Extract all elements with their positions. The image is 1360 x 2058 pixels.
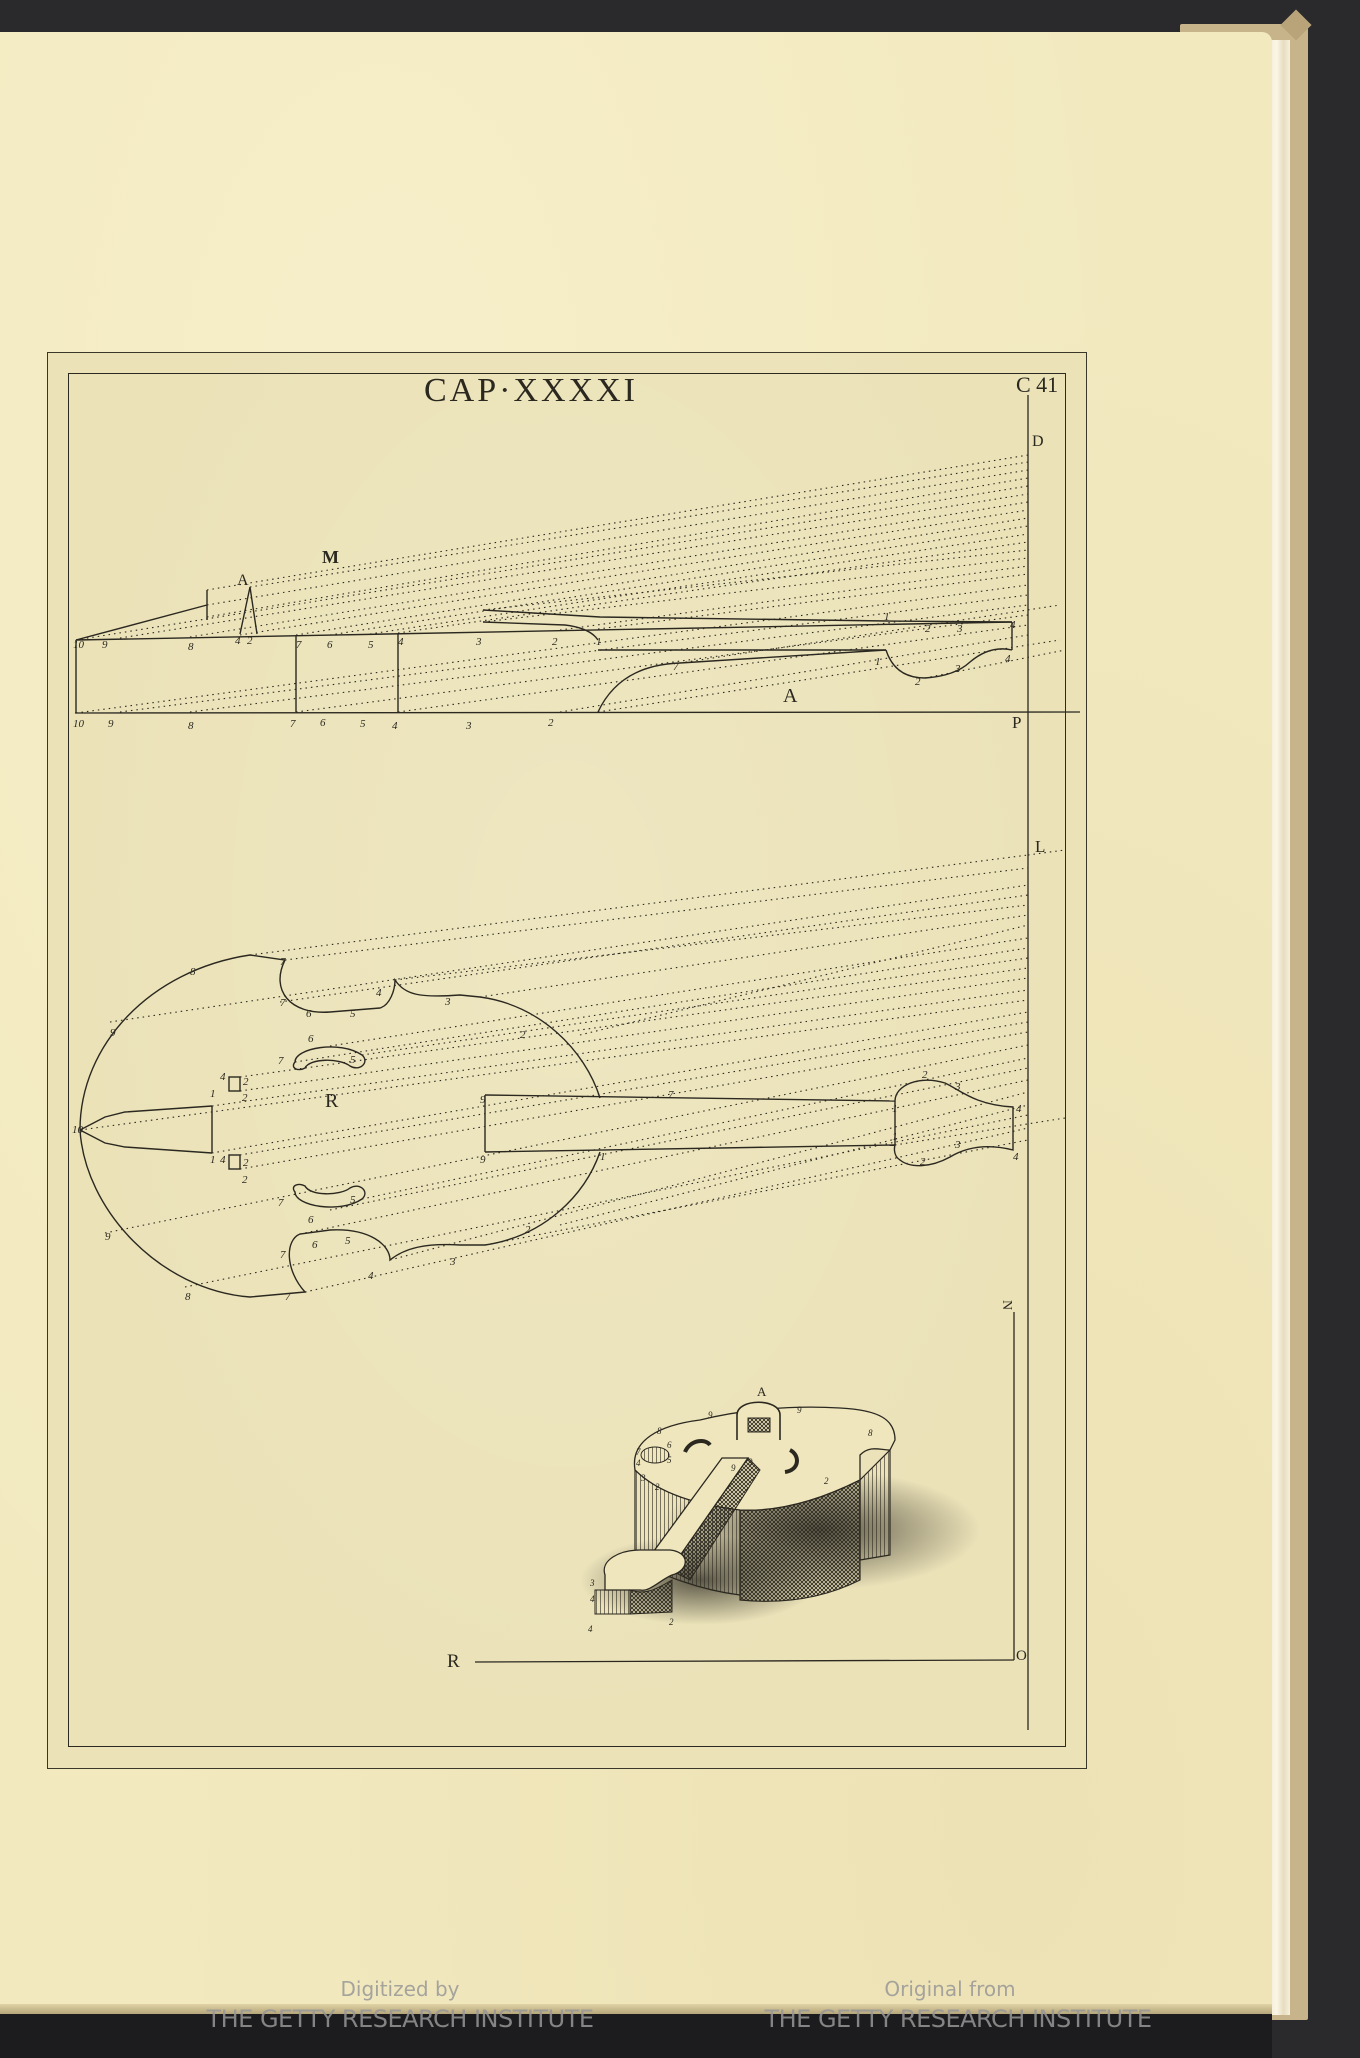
svg-text:3: 3 xyxy=(954,1139,961,1151)
svg-text:1: 1 xyxy=(210,1088,216,1100)
svg-text:1: 1 xyxy=(875,656,881,668)
svg-text:3: 3 xyxy=(954,663,961,675)
svg-text:4: 4 xyxy=(220,1071,226,1083)
svg-text:5: 5 xyxy=(667,1455,672,1465)
svg-text:P: P xyxy=(1012,713,1021,732)
svg-text:2: 2 xyxy=(925,623,931,635)
svg-text:O: O xyxy=(1016,1648,1027,1664)
svg-text:8: 8 xyxy=(657,1426,662,1436)
svg-text:4: 4 xyxy=(1013,1151,1019,1163)
svg-text:R: R xyxy=(447,1651,460,1672)
svg-text:4: 4 xyxy=(1005,653,1011,665)
svg-text:6: 6 xyxy=(320,717,326,729)
svg-text:4: 4 xyxy=(398,636,404,648)
svg-text:D: D xyxy=(1032,433,1044,450)
svg-text:4: 4 xyxy=(588,1624,593,1634)
svg-text:2: 2 xyxy=(548,717,554,729)
watermark-original-from: Original from xyxy=(850,1977,1050,2001)
projection-lines-middle xyxy=(80,850,1065,1292)
svg-text:M: M xyxy=(322,547,339,567)
svg-text:7: 7 xyxy=(290,718,296,730)
projection-lines-top xyxy=(76,455,1065,713)
svg-text:2: 2 xyxy=(243,1076,249,1088)
svg-text:9: 9 xyxy=(797,1405,802,1415)
svg-text:4: 4 xyxy=(1010,619,1016,631)
svg-text:8: 8 xyxy=(188,720,194,732)
svg-text:2: 2 xyxy=(922,1069,928,1081)
svg-text:1: 1 xyxy=(596,636,602,648)
svg-text:5: 5 xyxy=(350,1194,356,1206)
svg-text:1: 1 xyxy=(884,611,890,623)
svg-text:3: 3 xyxy=(640,1473,646,1483)
svg-text:2: 2 xyxy=(242,1092,248,1104)
svg-text:7: 7 xyxy=(280,1249,286,1261)
svg-text:3: 3 xyxy=(954,1081,961,1093)
svg-text:6: 6 xyxy=(667,1440,672,1450)
svg-text:4: 4 xyxy=(636,1458,641,1468)
svg-text:2: 2 xyxy=(669,1617,674,1627)
svg-text:9: 9 xyxy=(108,718,114,730)
svg-text:L: L xyxy=(1035,837,1045,856)
svg-text:A: A xyxy=(757,1384,767,1399)
svg-text:5: 5 xyxy=(350,1008,356,1020)
svg-text:9: 9 xyxy=(102,639,108,651)
svg-text:5: 5 xyxy=(360,718,366,730)
svg-text:7: 7 xyxy=(280,956,286,968)
svg-text:10: 10 xyxy=(73,718,85,730)
svg-text:7: 7 xyxy=(296,639,302,651)
svg-text:9: 9 xyxy=(480,1094,486,1106)
side-elevation xyxy=(76,587,1012,713)
svg-text:3: 3 xyxy=(589,1578,595,1588)
plan-view-labels: R L 1098 7765 432 675 422 11 422 765 987… xyxy=(72,837,1045,1303)
svg-text:9: 9 xyxy=(110,1027,116,1039)
svg-text:3: 3 xyxy=(956,623,963,635)
svg-text:1: 1 xyxy=(600,1151,606,1163)
svg-text:10: 10 xyxy=(72,1124,84,1136)
svg-text:A: A xyxy=(237,572,249,589)
svg-text:N: N xyxy=(999,1300,1014,1310)
svg-text:3: 3 xyxy=(444,996,451,1008)
svg-text:7: 7 xyxy=(636,1447,641,1457)
svg-text:6: 6 xyxy=(327,639,333,651)
svg-text:8: 8 xyxy=(868,1428,873,1438)
svg-text:2: 2 xyxy=(243,1157,249,1169)
perspective-instrument xyxy=(580,1402,980,1625)
watermark-digitizer-name: THE GETTY RESEARCH INSTITUTE xyxy=(170,2005,630,2033)
svg-text:6: 6 xyxy=(312,1239,318,1251)
svg-text:3: 3 xyxy=(449,1256,456,1268)
svg-text:7: 7 xyxy=(668,1089,674,1101)
svg-text:2: 2 xyxy=(915,676,921,688)
svg-text:4: 4 xyxy=(1016,1103,1022,1115)
side-elevation-labels: M A D A P 1098 42 765 4321 1098 765 432 … xyxy=(73,433,1044,732)
svg-text:6: 6 xyxy=(306,1008,312,1020)
svg-text:2: 2 xyxy=(242,1174,248,1186)
svg-text:2: 2 xyxy=(920,1156,926,1168)
svg-text:A: A xyxy=(783,685,798,707)
svg-text:2: 2 xyxy=(247,635,253,647)
svg-text:7: 7 xyxy=(673,661,679,673)
svg-text:9: 9 xyxy=(731,1463,736,1473)
svg-text:3: 3 xyxy=(475,636,482,648)
svg-text:1: 1 xyxy=(892,1103,898,1115)
svg-text:4: 4 xyxy=(368,1270,374,1282)
svg-text:9: 9 xyxy=(708,1410,713,1420)
svg-text:2: 2 xyxy=(655,1482,660,1492)
svg-text:2: 2 xyxy=(525,1224,531,1236)
perspective-diagram: M A D A P 1098 42 765 4321 1098 765 432 … xyxy=(0,0,1360,2058)
svg-text:5: 5 xyxy=(368,639,374,651)
svg-text:7: 7 xyxy=(285,1291,291,1303)
svg-text:3: 3 xyxy=(465,720,472,732)
svg-text:8: 8 xyxy=(185,1291,191,1303)
svg-text:4: 4 xyxy=(376,987,382,999)
svg-text:6: 6 xyxy=(308,1214,314,1226)
svg-text:2: 2 xyxy=(520,1029,526,1041)
svg-text:5: 5 xyxy=(345,1235,351,1247)
svg-text:7: 7 xyxy=(278,1055,284,1067)
svg-text:8: 8 xyxy=(190,966,196,978)
svg-text:4: 4 xyxy=(392,720,398,732)
svg-text:1: 1 xyxy=(892,1131,898,1143)
svg-text:9: 9 xyxy=(105,1231,111,1243)
svg-text:1: 1 xyxy=(210,1154,216,1166)
svg-text:4: 4 xyxy=(235,635,241,647)
svg-text:7: 7 xyxy=(280,997,286,1009)
watermark-digitized-by: Digitized by xyxy=(300,1977,500,2001)
svg-text:9: 9 xyxy=(748,1457,753,1467)
svg-text:7: 7 xyxy=(278,1197,284,1209)
svg-text:6: 6 xyxy=(308,1033,314,1045)
svg-text:2: 2 xyxy=(824,1476,829,1486)
svg-text:8: 8 xyxy=(188,641,194,653)
plan-view-outline xyxy=(80,955,1013,1297)
svg-text:10: 10 xyxy=(73,639,85,651)
svg-text:5: 5 xyxy=(350,1054,356,1066)
svg-text:2: 2 xyxy=(552,636,558,648)
svg-text:4: 4 xyxy=(220,1154,226,1166)
watermark-original-source: THE GETTY RESEARCH INSTITUTE xyxy=(728,2005,1188,2033)
svg-text:R: R xyxy=(325,1090,339,1112)
svg-text:9: 9 xyxy=(480,1154,486,1166)
svg-text:4: 4 xyxy=(590,1594,595,1604)
